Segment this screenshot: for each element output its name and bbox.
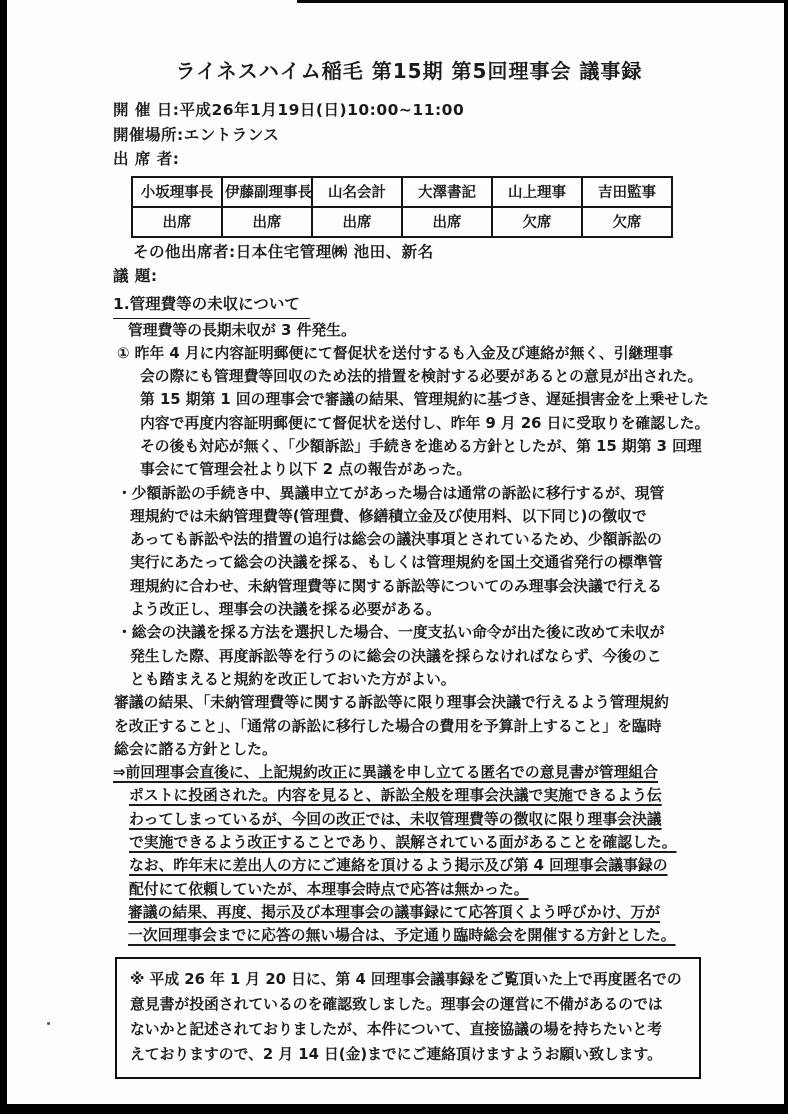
text-line: とも踏まえると規約を改正しておいた方がよい。 — [130, 668, 705, 691]
notice-box: ※ 平成 26 年 1 月 20 日に、第 4 回理事会議事録をご覧頂いた上で再… — [115, 957, 701, 1080]
report-bullet-1: ・少額訴訟の手続き中、異議申立てがあった場合は通常の訴訟に移行するが、現管理規約… — [117, 482, 705, 622]
text-line: なお、昨年末に差出人の方にご連絡を頂けるよう掲示及び第 4 回理事会議事録の — [129, 854, 705, 877]
report-bullet-2: ・総会の決議を採る方法を選択した場合、一度支払い命令が出た後に改めて未収が発生し… — [117, 621, 705, 691]
text-line: を改正すること」、「通常の訴訟に移行した場合の費用を予算計上すること」を臨時 — [114, 715, 705, 738]
text-line: ・少額訴訟の手続き中、異議申立てがあった場合は通常の訴訟に移行するが、現管 — [130, 482, 705, 505]
attendance-status-cell: 出席 — [402, 207, 492, 237]
meeting-meta: 開 催 日:平成26年1月19日(日)10:00~11:00 開催場所:エントラ… — [113, 98, 705, 172]
attendee-name-cell: 伊藤副理事長 — [222, 177, 312, 207]
text-line: 一次回理事会までに応答の無い場合は、予定通り臨時総会を開催する方針とした。 — [128, 924, 705, 947]
attendance-status-cell: 出席 — [312, 207, 402, 237]
text-line: ・総会の決議を採る方法を選択した場合、一度支払い命令が出た後に改めて未収が — [130, 621, 705, 644]
meeting-place-line: 開催場所:エントランス — [113, 123, 705, 148]
attendance-status-cell: 欠席 — [582, 207, 672, 237]
attendee-name-cell: 小坂理事長 — [132, 177, 222, 207]
attendance-status-cell: 出席 — [222, 207, 312, 237]
text-line: あっても訴訟や法的措置の追行は総会の議決事項とされているため、少額訴訟の — [130, 528, 705, 551]
agenda-label: 議 題: — [113, 264, 705, 289]
document-title: ライネスハイム稲毛 第15期 第5回理事会 議事録 — [113, 56, 705, 86]
attendee-name-cell: 山上理事 — [492, 177, 582, 207]
text-line: 意見書が投函されているのを確認致しました。理事会の運営に不備があるのでは — [130, 992, 691, 1017]
text-line: 理規約では未納管理費等(管理費、修繕積立金及び使用料、以下同じ)の徴収で — [130, 505, 705, 528]
text-line: 発生した際、再度訴訟等を行うのに総会の決議を採らなければならず、今後のこ — [130, 645, 705, 668]
text-line: ① 昨年 4 月に内容証明郵便にて督促状を送付するも入金及び連絡が無く、引継理事 — [140, 342, 705, 365]
attendee-name-cell: 吉田監事 — [582, 177, 672, 207]
text-line: ポストに投函された。内容を見ると、訴訟全般を理事会決議で実施できるよう伝 — [129, 784, 705, 807]
agenda-item-1-paragraph: ① 昨年 4 月に内容証明郵便にて督促状を送付するも入金及び連絡が無く、引継理事… — [117, 342, 705, 482]
text-line: 総会に諮る方針とした。 — [114, 738, 705, 761]
section-1-heading: 1.管理費等の未収について — [113, 292, 705, 319]
text-line: 会の際にも管理費等回収のため法的措置を検討する必要があるとの意見が出された。 — [140, 365, 705, 388]
document-content: ライネスハイム稲毛 第15期 第5回理事会 議事録 開 催 日:平成26年1月1… — [113, 0, 705, 1079]
attendee-names-row: 小坂理事長伊藤副理事長山名会計大澤書記山上理事吉田監事 — [132, 177, 672, 207]
meeting-date-line: 開 催 日:平成26年1月19日(日)10:00~11:00 — [113, 98, 705, 123]
text-line: 内容で再度内容証明郵便にて督促状を送付し、昨年 9 月 26 日に受取りを確認し… — [140, 412, 705, 435]
section-1-heading-text: 1.管理費等の未収について — [113, 292, 310, 319]
text-line: 審議の結果、再度、掲示及び本理事会の議事録にて応答頂くよう呼びかけ、万が — [128, 901, 705, 924]
deliberation-result: 審議の結果、「未納管理費等に関する訴訟等に限り理事会決議で行えるよう管理規約を改… — [114, 691, 705, 761]
attendance-status-row: 出席出席出席出席欠席欠席 — [132, 207, 672, 237]
text-line: 審議の結果、「未納管理費等に関する訴訟等に限り理事会決議で行えるよう管理規約 — [114, 691, 705, 714]
text-line: その後も対応が無く、「少額訴訟」手続きを進める方針としたが、第 15 期第 3 … — [140, 435, 705, 458]
text-line: 第 15 期第 1 回の理事会で審議の結果、管理規約に基づき、遅延損害金を上乗せ… — [140, 388, 705, 411]
text-line: で実施できるよう改正することであり、誤解されている面があることを確認した。 — [129, 831, 705, 854]
text-line: 管理費等の長期未収が 3 件発生。 — [128, 319, 705, 342]
arrow-note-paragraph: ⇒前回理事会直後に、上記規約改正に異議を申し立てる匿名での意見書が管理組合ポスト… — [113, 761, 705, 901]
text-line: ※ 平成 26 年 1 月 20 日に、第 4 回理事会議事録をご覧頂いた上で再… — [130, 967, 691, 992]
text-line: ないかと記述されておりましたが、本件について、直接協議の場を持ちたいと考 — [130, 1017, 691, 1042]
other-attendees-line: その他出席者:日本住宅管理㈱ 池田、新名 — [133, 240, 705, 265]
text-line: 実行にあたって総会の決議を採る、もしくは管理規約を国土交通省発行の標準管 — [130, 551, 705, 574]
attendee-name-cell: 大澤書記 — [402, 177, 492, 207]
attendance-table: 小坂理事長伊藤副理事長山名会計大澤書記山上理事吉田監事 出席出席出席出席欠席欠席 — [131, 176, 673, 238]
attendee-name-cell: 山名会計 — [312, 177, 402, 207]
notice-text: ※ 平成 26 年 1 月 20 日に、第 4 回理事会議事録をご覧頂いた上で再… — [130, 967, 691, 1068]
text-line: 事会にて管理会社より以下 2 点の報告があった。 — [140, 458, 705, 481]
document-page: ライネスハイム稲毛 第15期 第5回理事会 議事録 開 催 日:平成26年1月1… — [7, 0, 784, 1104]
scan-artifact-dot — [47, 1022, 50, 1025]
text-line: わってしまっているが、今回の改正では、未収管理費等の徴収に限り理事会決議 — [129, 808, 705, 831]
attendees-label: 出 席 者: — [113, 147, 705, 172]
text-line: よう改正し、理事会の決議を採る必要がある。 — [130, 598, 705, 621]
attendance-status-cell: 欠席 — [492, 207, 582, 237]
text-line: 配付にて依頼していたが、本理事会時点で応答は無かった。 — [129, 878, 705, 901]
attendance-status-cell: 出席 — [132, 207, 222, 237]
text-line: ⇒前回理事会直後に、上記規約改正に異議を申し立てる匿名での意見書が管理組合 — [129, 761, 705, 784]
text-line: えておりますので、2 月 14 日(金)までにご連絡頂けますようお願い致します。 — [130, 1042, 691, 1067]
section-1-lead: 管理費等の長期未収が 3 件発生。 — [128, 319, 705, 342]
text-line: 理規約に合わせ、未納管理費等に関する訴訟等についてのみ理事会決議で行える — [130, 575, 705, 598]
closing-note-paragraph: 審議の結果、再度、掲示及び本理事会の議事録にて応答頂くよう呼びかけ、万が一次回理… — [128, 901, 705, 948]
